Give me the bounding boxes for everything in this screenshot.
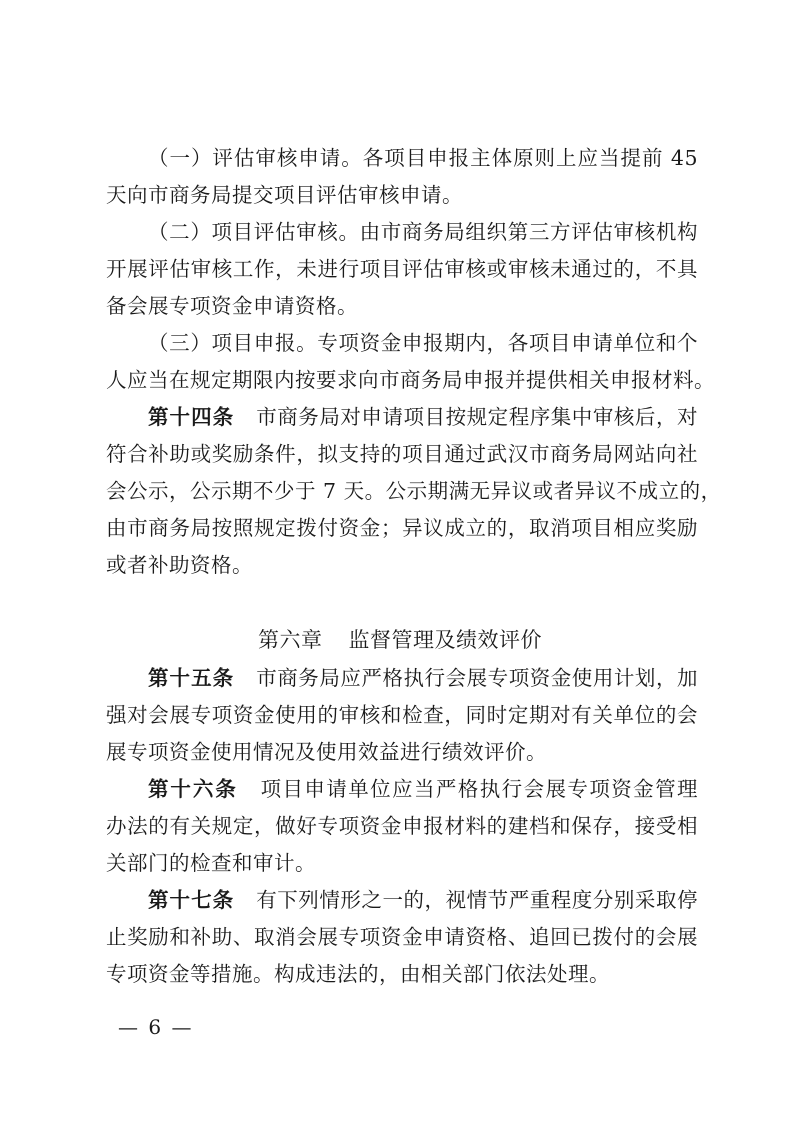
item-1-line-1: （一）评估审核申请。各项目申报主体原则上应当提前 45 [148,140,698,176]
page-number: — 6 — [118,1012,193,1042]
article-17-text: 有下列情形之一的，视情节严重程度分别采取停 [256,888,698,912]
item-2-line-1: （二）项目评估审核。由市商务局组织第三方评估审核机构 [148,214,698,250]
item-3-line-2: 人应当在规定期限内按要求向市商务局申报并提供相关申报材料。 [106,362,698,398]
item-2-line-3: 备会展专项资金申请资格。 [106,288,698,324]
chapter-title: 监督管理及绩效评价 [349,628,543,652]
chapter-heading: 第六章监督管理及绩效评价 [0,622,800,658]
item-1-line-2: 天向市商务局提交项目评估审核申请。 [106,177,698,213]
item-2-line-2: 开展评估审核工作，未进行项目评估审核或审核未通过的，不具 [106,251,698,287]
document-page: （一）评估审核申请。各项目申报主体原则上应当提前 45 天向市商务局提交项目评估… [0,0,800,1132]
article-15-line-2: 强对会展专项资金使用的审核和检查，同时定期对有关单位的会 [106,697,698,733]
chapter-number: 第六章 [258,628,323,652]
article-15-line-1: 第十五条市商务局应严格执行会展专项资金使用计划，加 [148,660,698,696]
article-14-line-1: 第十四条市商务局对申请项目按规定程序集中审核后，对 [148,399,698,435]
article-17-line-1: 第十七条有下列情形之一的，视情节严重程度分别采取停 [148,882,698,918]
article-14-line-3: 会公示，公示期不少于 7 天。公示期满无异议或者异议不成立的， [106,473,698,509]
article-14-line-4: 由市商务局按照规定拨付资金；异议成立的，取消项目相应奖励 [106,510,698,546]
item-3-line-1: （三）项目申报。专项资金申报期内，各项目申请单位和个 [148,325,698,361]
article-16-line-3: 关部门的检查和审计。 [106,845,698,881]
article-14-line-5: 或者补助资格。 [106,547,698,583]
article-16-line-2: 办法的有关规定，做好专项资金申报材料的建档和保存，接受相 [106,808,698,844]
article-15-line-3: 展专项资金使用情况及使用效益进行绩效评价。 [106,734,698,770]
article-15-label: 第十五条 [148,666,234,690]
article-14-line-2: 符合补助或奖励条件，拟支持的项目通过武汉市商务局网站向社 [106,436,698,472]
article-16-line-1: 第十六条项目申请单位应当严格执行会展专项资金管理 [148,771,698,807]
article-17-line-3: 专项资金等措施。构成违法的，由相关部门依法处理。 [106,956,698,992]
article-17-line-2: 止奖励和补助、取消会展专项资金申请资格、追回已拨付的会展 [106,919,698,955]
article-16-text: 项目申请单位应当严格执行会展专项资金管理 [260,777,698,801]
article-17-label: 第十七条 [148,888,234,912]
article-14-label: 第十四条 [148,405,234,429]
article-14-text: 市商务局对申请项目按规定程序集中审核后，对 [256,405,698,429]
article-16-label: 第十六条 [148,777,238,801]
article-15-text: 市商务局应严格执行会展专项资金使用计划，加 [256,666,698,690]
